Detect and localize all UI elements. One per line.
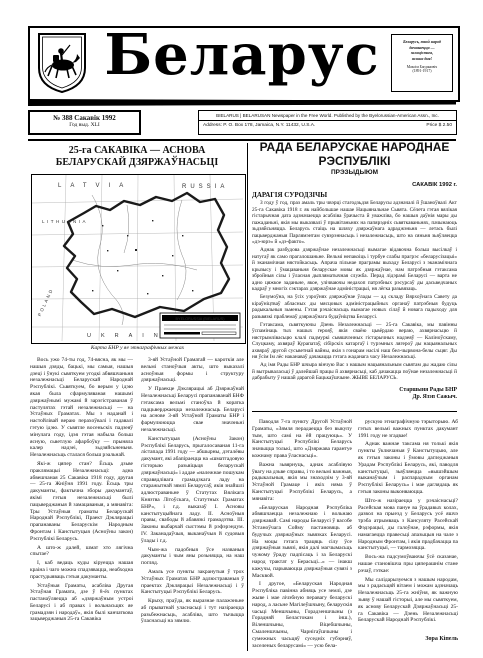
motto-years: (1891-1917): [392, 69, 452, 73]
article-column-3: Паводля 7-га пункту Другой Устаўной Грам…: [252, 419, 352, 650]
paragraph: Амаль усе пункты закранутыя ў трох Устаў…: [141, 569, 244, 596]
motto-line: яснага дня!: [392, 56, 452, 62]
newspaper-front-page: Беларус Беларусь, твой народ дачакаецца …: [0, 0, 483, 658]
paragraph: «Беларуская Народная Рэспубліка абвяшчае…: [252, 505, 352, 580]
paragraph: І другое, «Беларуская Народная Рэспублік…: [252, 581, 352, 649]
paragraph: Канстытуцыя (Асноўны Закон) Рэспублікі Б…: [141, 436, 244, 545]
price: Price $ 2.50: [426, 123, 452, 128]
paragraph: 3-яй Устаўной Граматай — кароткія але ве…: [141, 357, 244, 384]
paragraph: З году ў год, праз амаль тры чвэрці стаг…: [252, 200, 457, 246]
bnr-map: LATVIA RUSSIA LITHUANIA POLAND UKRAINE B…: [31, 174, 246, 344]
signature-title: Старшыня Рады БНР: [252, 387, 457, 394]
newspaper-title: Беларус: [92, 22, 392, 88]
map-label-lithuania: LITHUANIA: [42, 219, 88, 224]
paragraph: Безумоўна, на ўсіх узроўнях дзяржаўнае ў…: [252, 294, 457, 320]
paragraph: Вось ужо 74-ты год, 74-вясна, як мы — на…: [30, 357, 133, 459]
issue-number: № 388 Сакавік 1992: [30, 114, 139, 122]
paragraph: Аднак важнае таксама ня толькі якія пунк…: [358, 441, 458, 495]
article-column-1: Вось ужо 74-ты год, 74-вясна, як мы — на…: [30, 357, 133, 650]
headline-line: 25-га САКАВІКА — АСНОВА: [30, 145, 244, 157]
paragraph: Устаўныя Граматы, асабліва Другая Устаўн…: [30, 583, 133, 624]
paragraph: Чым-жа падобныя ўсе названыя дакуманты і…: [141, 547, 244, 567]
paragraph: А што-ж далей, шмат хто лягічна спытае?: [30, 545, 133, 559]
map-caption: Карта БНР у яе этнаграфічных межах: [31, 345, 244, 351]
headline-line: РЭСПУБЛІКІ: [252, 155, 457, 169]
paragraph: Важна зьвярнуць, аднак асаблівую ўвагу н…: [252, 462, 352, 503]
paragraph: Крыху, праўда, як выразнае палажэньне аб…: [141, 598, 244, 625]
divider-vertical: [247, 143, 248, 651]
issue-volume: Год выд. XLI: [30, 122, 139, 128]
paragraph: Што-ж назіраецца у рэчаіснасьці? Расейск…: [358, 498, 458, 552]
map-label-poland: POLAND: [37, 287, 54, 317]
paragraph: Гэтаксама, сьвяткуючы Дзень Незалежнасьц…: [252, 322, 457, 361]
left-article-headline: 25-га САКАВІКА — АСНОВА БЕЛАРУСКАЙ ДЗЯРЖ…: [30, 145, 244, 169]
paragraph: І, каб ведаць куды кіруецца нашая краіна…: [30, 560, 133, 580]
article-author: Зора Кіпель: [358, 636, 458, 642]
divider-horizontal-right: [252, 411, 457, 412]
right-article-headline: РАДА БЕЛАРУСКАЕ НАРОДНАЕ РЭСПУБЛІКІ: [252, 141, 457, 168]
letter-signature: Старшыня Рады БНР Др. Язэп Сажыч.: [252, 387, 457, 401]
article-column-4: рускую этнаграфічную тэрыторыю. Аб гэтых…: [358, 419, 458, 634]
map-label-latvia: LATVIA: [58, 183, 132, 189]
map-label-russia: RUSSIA: [182, 184, 228, 190]
map-legend-title: BYELORUSSIA (BIELARUS): [176, 317, 226, 321]
letter-date: САКАВІК 1992 г.: [252, 182, 457, 188]
map-legend: BYELORUSSIA (BIELARUS): [160, 313, 240, 338]
masthead-motto: Беларусь, твой народ дачакаецца — залаці…: [391, 34, 453, 92]
paragraph: У Праекце Дэклярацыі аб Дзяржаўнай Незал…: [141, 386, 244, 434]
issue-box: № 388 Сакавік 1992 Год выд. XLI: [28, 110, 141, 135]
publisher-address: Address: P. O. Box 178, Jamaica, N.Y. 11…: [203, 123, 315, 128]
right-article-subhead: ПРЭЗЫДЫЮМ: [252, 169, 457, 176]
pahonia-crest-icon: [36, 32, 88, 94]
paragraph: Вось-жа падсумоўваючы ўсё сказанае, наша…: [358, 554, 458, 574]
publisher-line: BIELARUS | BELARUSAN Newspaper in the Fr…: [199, 111, 456, 121]
masthead: Беларус Беларусь, твой народ дачакаецца …: [28, 26, 460, 102]
paragraph: Ад імя Рады БНР шчыра вінчую Вас з нашым…: [252, 362, 457, 382]
signature-name: Др. Язэп Сажыч.: [252, 394, 457, 401]
paragraph: Мы салідарызуемся з нашым народам, мы з …: [358, 577, 458, 625]
paragraph: Паводля 7-га пункту Другой Устаўной Грам…: [252, 419, 352, 460]
letter-salutation: ДАРАГІЯ СУРОДЗІЧЫ: [252, 191, 457, 199]
letter-body: З году ў год, праз амаль тры чвэрці стаг…: [252, 200, 457, 384]
paragraph: Які-ж цяпер стан? Ёсьць дзьве праклямацы…: [30, 461, 133, 543]
publisher-box: BIELARUS | BELARUSAN Newspaper in the Fr…: [198, 110, 457, 135]
headline-line: РАДА БЕЛАРУСКАЕ НАРОДНАЕ: [252, 141, 457, 155]
article-column-2: 3-яй Устаўной Граматай — кароткія але ве…: [141, 357, 244, 650]
paragraph: Аднак разбудова дзяржаўнае незалежнасьці…: [252, 247, 457, 293]
headline-line: БЕЛАРУСКАЙ ДЗЯРЖАЎНАСЬЦІ: [30, 157, 244, 169]
paragraph: рускую этнаграфічную тэрыторыю. Аб гэтых…: [358, 419, 458, 439]
